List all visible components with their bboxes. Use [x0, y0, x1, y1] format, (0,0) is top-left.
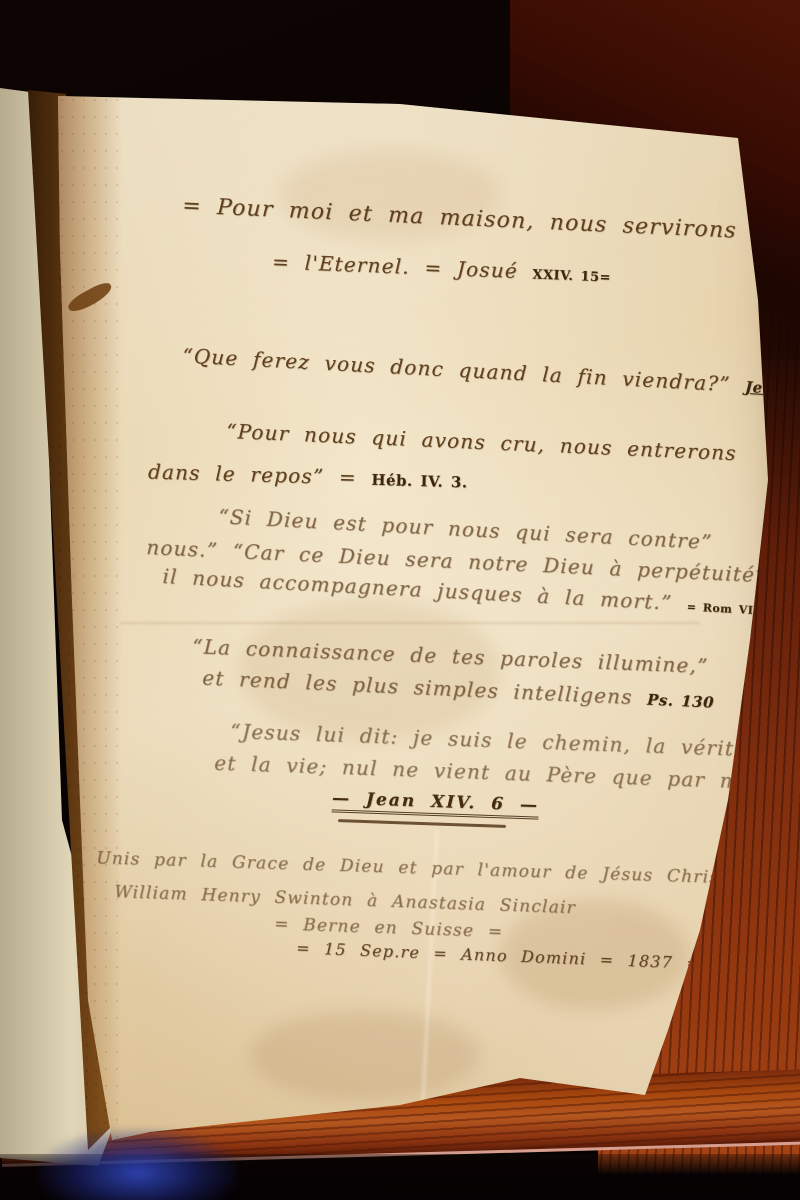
verse-jeremiah-text: “Que ferez vous donc quand la fin viendr…: [182, 343, 731, 396]
paper-crease: [120, 622, 700, 624]
verse-hebrews-line1: “Pour nous qui avons cru, nous entrerons: [226, 419, 738, 465]
verse-psalm-reference: Ps. 130: [647, 691, 715, 712]
photo-of-manuscript: = Pour moi et ma maison, nous servirons …: [0, 0, 800, 1200]
blue-object-glow: [38, 1128, 238, 1200]
ink-rule: [338, 819, 506, 828]
dedication-names: William Henry Swinton à Anastasia Sincla…: [114, 882, 576, 918]
verse-john-reference: — Jean XIV. 6 —: [332, 788, 540, 815]
verse-jeremiah-line: “Que ferez vous donc quand la fin viendr…: [182, 343, 800, 400]
verse-hebrews-line2: dans le repos” = Héb. IV. 3.: [148, 460, 468, 493]
water-stain: [250, 1010, 480, 1100]
verse-joshua-line2: = l'Eternel. = Josué XXIV. 15=: [272, 249, 612, 286]
verse-hebrews-reference: Héb. IV. 3.: [371, 471, 468, 492]
verse-joshua-line2-text: = l'Eternel. = Josué: [272, 249, 519, 282]
verse-hebrews-text: dans le repos” =: [148, 460, 357, 490]
verse-john-reference-text: — Jean XIV. 6 —: [332, 788, 540, 819]
verse-joshua-reference: XXIV. 15=: [532, 267, 611, 285]
dedication-line1: Unis par la Grace de Dieu et par l'amour…: [96, 848, 728, 888]
